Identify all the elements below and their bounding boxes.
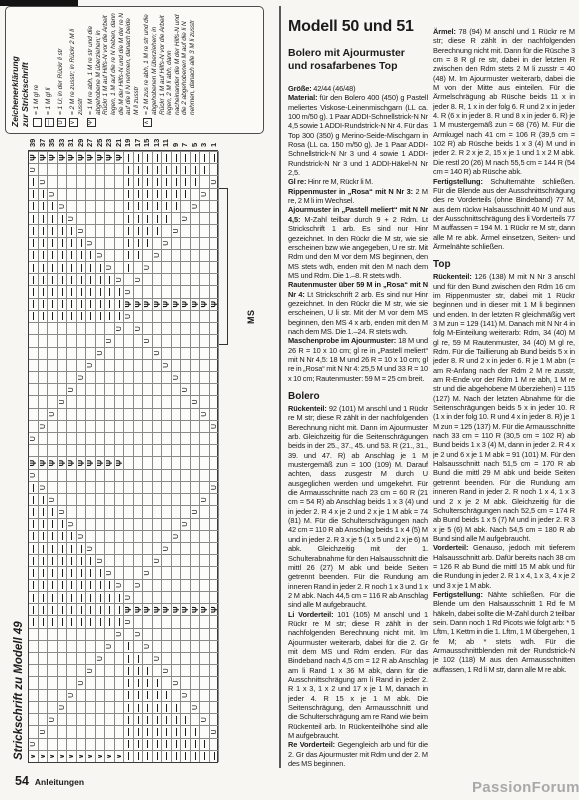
chart-cell	[58, 566, 68, 578]
chart-cell	[67, 725, 77, 737]
chart-cell: Ψ	[181, 603, 191, 615]
chart-cell	[86, 224, 96, 236]
chart-cell: Ψ	[39, 457, 49, 469]
chart-cell	[191, 408, 201, 420]
chart-cell: Ψ	[191, 603, 201, 615]
chart-cell	[115, 469, 125, 481]
chart-cell	[124, 420, 134, 432]
chart-cell	[115, 493, 125, 505]
chart-cell	[96, 395, 106, 407]
chart-cell	[162, 469, 172, 481]
chart-cell	[172, 151, 182, 163]
chart-cell	[96, 334, 106, 346]
chart-cell	[58, 408, 68, 420]
pattern-repeat-label: MS	[246, 310, 256, 325]
chart-cell	[153, 395, 163, 407]
chart-cell	[67, 371, 77, 383]
chart-cell	[143, 738, 153, 750]
chart-cell	[191, 249, 201, 261]
chart-cell	[96, 188, 106, 200]
chart-cell	[181, 542, 191, 554]
chart-cell: U	[153, 554, 163, 566]
chart-cell	[96, 518, 106, 530]
chart-cell: U	[191, 200, 201, 212]
chart-cell	[67, 469, 77, 481]
chart-cell	[124, 725, 134, 737]
chart-cell	[134, 493, 144, 505]
chart-cell: Ψ	[48, 151, 58, 163]
chart-cell	[153, 322, 163, 334]
chart-cell	[48, 200, 58, 212]
chart-cell	[153, 738, 163, 750]
chart-cell	[77, 188, 87, 200]
legend-entry-text: = 2 M re zusstr; in Rückr 2 M li zusstr	[69, 13, 84, 115]
chart-cell	[86, 530, 96, 542]
chart-cell	[143, 652, 153, 664]
chart-cell	[39, 163, 49, 175]
chart-cell	[172, 310, 182, 322]
chart-cell: Ψ	[153, 298, 163, 310]
chart-cell	[105, 530, 115, 542]
chart-cell	[58, 163, 68, 175]
chart-cell: Ψ	[143, 603, 153, 615]
chart-cell	[200, 457, 210, 469]
chart-cell	[181, 249, 191, 261]
chart-cell	[67, 664, 77, 676]
chart-cell	[48, 383, 58, 395]
purl-dash-icon: —	[45, 118, 54, 127]
chart-cell	[124, 371, 134, 383]
chart-cell	[39, 591, 49, 603]
chart-cell	[86, 554, 96, 566]
chart-cell	[153, 493, 163, 505]
chart-cell	[105, 664, 115, 676]
chart-cell: U	[172, 224, 182, 236]
chart-cell	[86, 273, 96, 285]
chart-cell	[181, 175, 191, 187]
chart-cell: U	[200, 408, 210, 420]
chart-cell	[200, 469, 210, 481]
chart-cell	[172, 188, 182, 200]
chart-cell	[191, 237, 201, 249]
chart-cell	[210, 640, 220, 652]
chart-cell	[67, 713, 77, 725]
chart-cell	[172, 518, 182, 530]
paragraph-lead: Vorderteil:	[433, 543, 473, 552]
chart-cell	[143, 371, 153, 383]
chart-cell	[105, 224, 115, 236]
chart-cell	[115, 652, 125, 664]
chart-cell	[200, 395, 210, 407]
chart-cell	[29, 261, 39, 273]
chart-cell	[39, 701, 49, 713]
chart-cell	[77, 261, 87, 273]
chart-cell	[96, 371, 106, 383]
chart-cell	[77, 493, 87, 505]
chart-cell	[134, 713, 144, 725]
chart-cell	[48, 738, 58, 750]
chart-cell	[115, 237, 125, 249]
chart-cell	[67, 334, 77, 346]
chart-cell	[115, 481, 125, 493]
chart-cell	[200, 322, 210, 334]
chart-cell	[29, 640, 39, 652]
chart-cell	[200, 542, 210, 554]
chart-cell	[143, 347, 153, 359]
chart-cell	[191, 750, 201, 762]
chart-cell	[143, 432, 153, 444]
chart-cell	[191, 322, 201, 334]
chart-cell	[48, 444, 58, 456]
chart-cell	[191, 469, 201, 481]
chart-cell	[162, 273, 172, 285]
chart-cell	[200, 383, 210, 395]
chart-cell	[58, 310, 68, 322]
chart-cell	[143, 579, 153, 591]
chart-cell	[143, 689, 153, 701]
chart-cell: Ψ	[162, 603, 172, 615]
paragraph: Re Vorderteil: Gegengleich arb und für d…	[288, 740, 428, 768]
chart-cell	[200, 163, 210, 175]
chart-cell	[48, 310, 58, 322]
chart-cell	[77, 554, 87, 566]
chart-cell: U	[153, 347, 163, 359]
chart-cell	[115, 530, 125, 542]
chart-cell	[105, 383, 115, 395]
chart-cell	[86, 652, 96, 664]
chart-cell	[181, 457, 191, 469]
chart-cell	[86, 518, 96, 530]
chart-cell: Ψ	[115, 457, 125, 469]
legend-box: Zeichenerklärung zur Strickschrift = 1 M…	[5, 6, 264, 134]
chart-cell	[143, 285, 153, 297]
paragraph: Vorderteil: Genauso, jedoch mit tieferem…	[433, 543, 575, 590]
chart-cell	[162, 701, 172, 713]
chart-cell	[181, 444, 191, 456]
chart-cell	[67, 579, 77, 591]
chart-cell	[29, 359, 39, 371]
chart-cell	[191, 420, 201, 432]
chart-cell	[153, 469, 163, 481]
chart-cell	[134, 432, 144, 444]
chart-cell	[86, 334, 96, 346]
chart-cell	[162, 224, 172, 236]
chart-cell	[172, 432, 182, 444]
chart-cell	[58, 383, 68, 395]
chart-cell	[105, 652, 115, 664]
chart-cell	[115, 542, 125, 554]
chart-cell	[134, 444, 144, 456]
chart-cell	[96, 676, 106, 688]
chart-cell: U	[48, 493, 58, 505]
chart-cell	[124, 579, 134, 591]
chart-cell	[124, 151, 134, 163]
chart-cell	[67, 603, 77, 615]
chart-cell	[48, 481, 58, 493]
chart-cell	[77, 713, 87, 725]
chart-cell	[77, 163, 87, 175]
chart-cell	[67, 285, 77, 297]
chart-cell	[39, 322, 49, 334]
chart-cell	[134, 750, 144, 762]
legend-entry-text: = 1 M gl re	[33, 85, 42, 115]
chart-cell	[200, 640, 210, 652]
chart-cell: U	[210, 420, 220, 432]
chart-cell	[134, 566, 144, 578]
chart-cell	[143, 383, 153, 395]
chart-cell	[172, 628, 182, 640]
chart-cell	[162, 505, 172, 517]
chart-cell	[96, 383, 106, 395]
chart-cell	[181, 322, 191, 334]
chart-cell: Ψ	[200, 603, 210, 615]
chart-cell	[77, 334, 87, 346]
chart-cell	[191, 530, 201, 542]
chart-cell	[143, 713, 153, 725]
chart-cell	[172, 493, 182, 505]
chart-cell	[105, 444, 115, 456]
chart-cell	[200, 628, 210, 640]
chart-cell	[29, 408, 39, 420]
legend-entry: U= 1 U; in der Rückr li str	[57, 13, 66, 127]
chart-cell	[162, 408, 172, 420]
chart-cell	[86, 347, 96, 359]
chart-cell	[172, 566, 182, 578]
chart-cell	[210, 505, 220, 517]
chart-cell	[210, 347, 220, 359]
legend-title-line2: zur Strickschrift	[21, 13, 31, 127]
chart-cell	[105, 212, 115, 224]
chart-cell	[153, 200, 163, 212]
chart-cell	[105, 628, 115, 640]
chart-cell	[67, 200, 77, 212]
chart-cell	[96, 713, 106, 725]
chart-cell	[134, 469, 144, 481]
chart-cell	[105, 273, 115, 285]
chart-cell	[124, 640, 134, 652]
chart-cell	[96, 725, 106, 737]
chart-cell	[39, 554, 49, 566]
chart-cell	[191, 151, 201, 163]
chart-cell	[124, 408, 134, 420]
chart-cell	[162, 285, 172, 297]
column2-paragraphs: Ärmel: 78 (94) M anschl und 1 Rückr re M…	[433, 27, 575, 674]
chart-cell	[210, 249, 220, 261]
chart-cell	[105, 689, 115, 701]
chart-cell	[86, 566, 96, 578]
chart-cell: U	[115, 628, 125, 640]
chart-cell	[143, 175, 153, 187]
chart-cell	[105, 713, 115, 725]
chart-cell	[115, 725, 125, 737]
chart-cell: U	[58, 200, 68, 212]
chart-cell	[191, 188, 201, 200]
chart-cell	[191, 212, 201, 224]
chart-cell	[58, 371, 68, 383]
chart-cell	[39, 310, 49, 322]
chart-cell	[29, 237, 39, 249]
chart-cell	[200, 200, 210, 212]
chart-cell	[191, 457, 201, 469]
chart-cell	[153, 212, 163, 224]
chart-cell	[115, 554, 125, 566]
chart-cell	[134, 200, 144, 212]
chart-cell: U	[124, 591, 134, 603]
chart-cell	[48, 676, 58, 688]
paragraph: Maschenprobe im Ajourmuster: 18 M und 26…	[288, 336, 428, 383]
chart-cell	[124, 188, 134, 200]
chart-cell	[48, 298, 58, 310]
chart-cell	[143, 457, 153, 469]
chart-cell	[48, 261, 58, 273]
chart-cell	[105, 701, 115, 713]
chart-cell	[39, 505, 49, 517]
chart-cell	[181, 676, 191, 688]
chart-cell	[172, 175, 182, 187]
chart-cell	[77, 200, 87, 212]
chart-cell	[181, 591, 191, 603]
chart-cell	[58, 554, 68, 566]
chart-cell: ∨	[86, 750, 96, 762]
chart-cell	[124, 200, 134, 212]
chart-cell	[162, 738, 172, 750]
chart-cell	[134, 347, 144, 359]
chart-cell	[200, 444, 210, 456]
chart-cell: ∨	[39, 750, 49, 762]
chart-cell	[29, 603, 39, 615]
chart-cell	[124, 530, 134, 542]
legend-entry-text: = 1 M gl li	[45, 88, 54, 115]
chart-cell	[86, 603, 96, 615]
chart-cell	[39, 530, 49, 542]
chart-cell	[58, 359, 68, 371]
chart-cell: U	[181, 689, 191, 701]
chart-cell	[58, 676, 68, 688]
chart-cell	[29, 444, 39, 456]
chart-cell	[86, 408, 96, 420]
chart-cell	[77, 542, 87, 554]
chart-cell: U	[115, 322, 125, 334]
chart-cell	[67, 310, 77, 322]
chart-cell	[143, 481, 153, 493]
chart-cell: U	[124, 615, 134, 627]
chart-cell	[134, 591, 144, 603]
chart-cell	[143, 237, 153, 249]
chart-cell: U	[67, 689, 77, 701]
chart-cell	[210, 530, 220, 542]
paragraph: Li Vorderteil: 101 (105) M anschl und 1 …	[288, 610, 428, 741]
chart-cell: U	[86, 664, 96, 676]
chart-cell: U	[105, 334, 115, 346]
chart-cell	[162, 713, 172, 725]
chart-cell	[58, 273, 68, 285]
chart-cell	[134, 481, 144, 493]
chart-cell: Ψ	[143, 298, 153, 310]
chart-cell	[191, 310, 201, 322]
chart-cell	[39, 542, 49, 554]
chart-cell	[39, 713, 49, 725]
legend-entry-text: = 1 M re abh, 1 M re str und die abgehob…	[87, 13, 140, 115]
chart-cell	[86, 420, 96, 432]
chart-cell	[39, 347, 49, 359]
chart-cell	[162, 579, 172, 591]
chart-cell	[153, 591, 163, 603]
chart-cell	[143, 163, 153, 175]
chart-cell	[210, 615, 220, 627]
chart-cell: U	[48, 713, 58, 725]
chart-cell	[77, 212, 87, 224]
chart-cell	[191, 285, 201, 297]
chart-cell	[86, 249, 96, 261]
chart-cell	[67, 261, 77, 273]
chart-cell	[96, 444, 106, 456]
footer-section-label: Anleitungen	[35, 777, 84, 787]
chart-cell	[181, 566, 191, 578]
chart-cell: ∨	[29, 750, 39, 762]
chart-cell	[124, 237, 134, 249]
chart-cell	[48, 273, 58, 285]
chart-cell	[29, 224, 39, 236]
chart-cell	[210, 713, 220, 725]
chart-cell	[153, 664, 163, 676]
chart-cell	[39, 652, 49, 664]
paragraph-lead: Gl re:	[288, 177, 308, 186]
chart-cell	[200, 554, 210, 566]
chart-cell	[86, 469, 96, 481]
chart-cell	[86, 200, 96, 212]
paragraph-lead: Maschenprobe im Ajourmuster:	[288, 336, 398, 345]
chart-cell: U	[124, 285, 134, 297]
chart-cell	[134, 237, 144, 249]
page-footer: 54 Anleitungen	[15, 774, 84, 788]
chart-cell	[86, 713, 96, 725]
chart-cell: Ψ	[210, 603, 220, 615]
chart-cell	[181, 237, 191, 249]
chart-cell	[153, 408, 163, 420]
chart-cell	[86, 188, 96, 200]
chart-cell	[48, 237, 58, 249]
chart-cell: U	[153, 652, 163, 664]
chart-cell	[181, 371, 191, 383]
chart-cell	[210, 652, 220, 664]
chart-cell	[29, 652, 39, 664]
chart-cell	[39, 261, 49, 273]
chart-cell	[58, 664, 68, 676]
chart-cell	[200, 212, 210, 224]
chart-cell	[77, 298, 87, 310]
chart-cell	[143, 408, 153, 420]
chart-cell	[29, 554, 39, 566]
chart-cell	[39, 285, 49, 297]
chart-cell: U	[58, 505, 68, 517]
chart-cell: Ψ	[124, 298, 134, 310]
chart-cell: U	[77, 371, 87, 383]
chart-cell	[181, 151, 191, 163]
chart-cell	[191, 493, 201, 505]
chart-cell	[162, 188, 172, 200]
chart-cell	[153, 676, 163, 688]
chart-cell	[58, 347, 68, 359]
chart-cell	[96, 505, 106, 517]
chart-cell	[29, 628, 39, 640]
chart-cell	[191, 689, 201, 701]
chart-cell: Ψ	[96, 457, 106, 469]
chart-cell	[124, 261, 134, 273]
chart-cell	[48, 469, 58, 481]
chart-cell	[153, 750, 163, 762]
chart-cell	[105, 395, 115, 407]
chart-cell	[200, 676, 210, 688]
